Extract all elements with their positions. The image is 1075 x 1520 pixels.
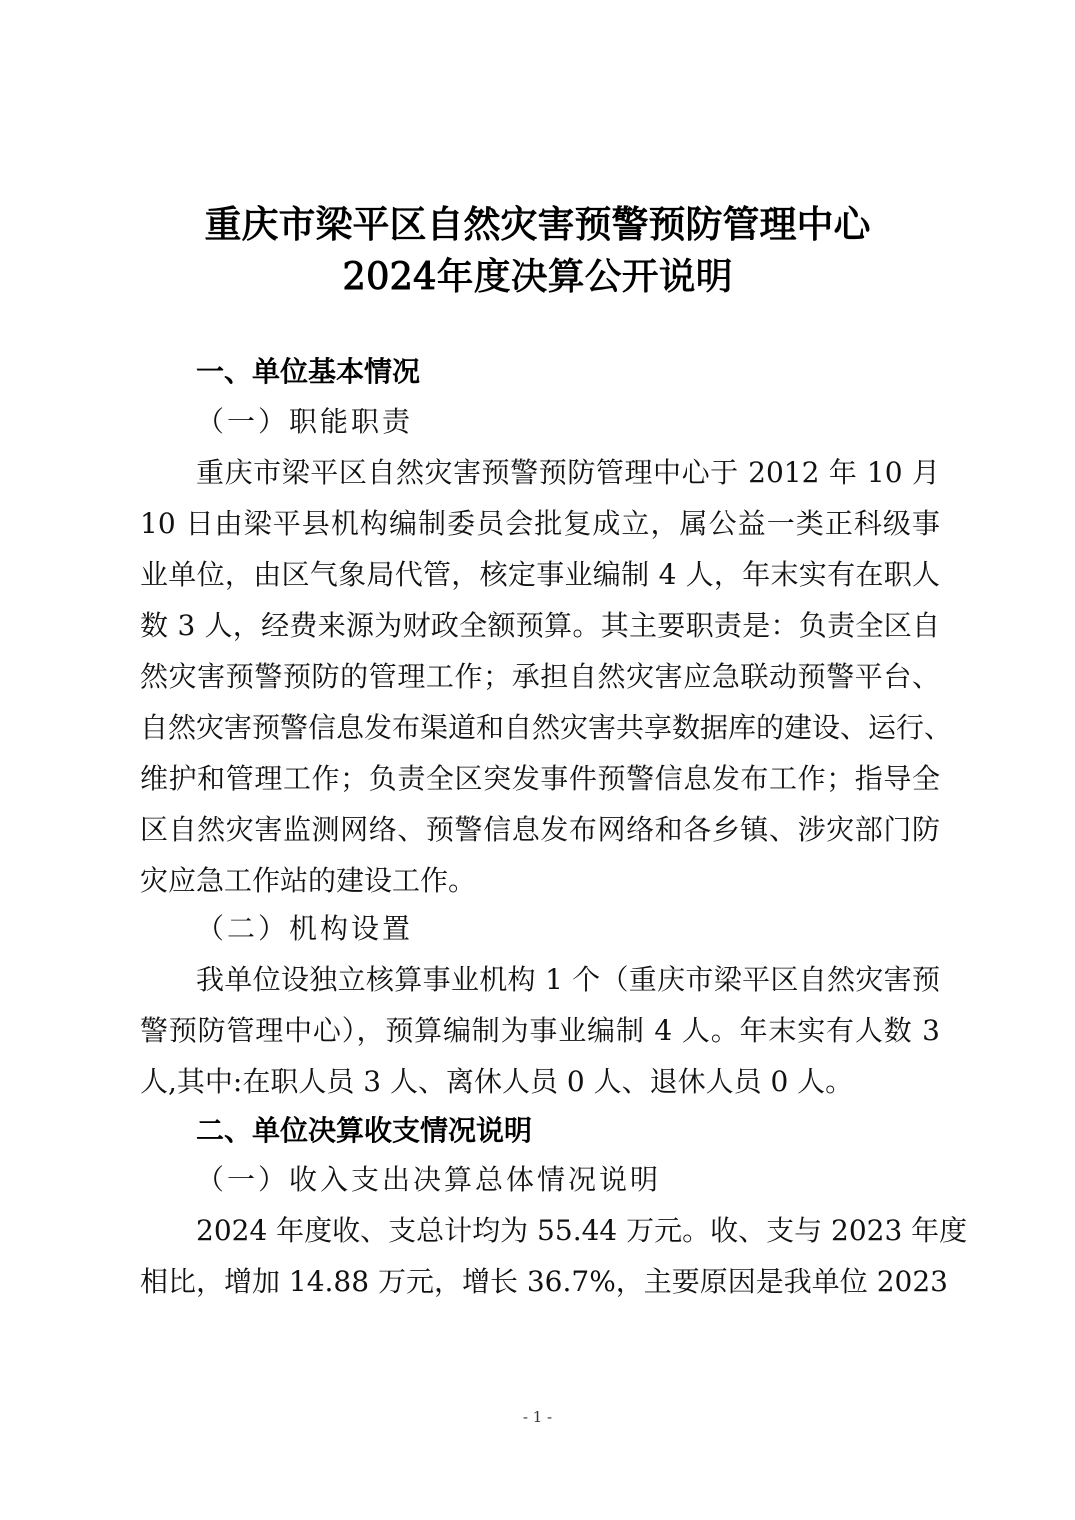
page-number: - 1 - <box>0 1408 1075 1426</box>
paragraph-line: 维护和管理工作；负责全区突发事件预警信息发布工作；指导全 <box>140 762 940 796</box>
document-title-line1: 重庆市梁平区自然灾害预警预防管理中心 <box>0 194 1075 248</box>
section2-heading: 二、单位决算收支情况说明 <box>196 1114 532 1148</box>
paragraph-line: 2024 年度收、支总计均为 55.44 万元。收、支与 2023 年度 <box>196 1214 940 1248</box>
paragraph-line: 人,其中:在职人员 3 人、离休人员 0 人、退休人员 0 人。 <box>140 1065 940 1099</box>
section1-sub2-heading: （二）机构设置 <box>196 912 413 946</box>
paragraph-line: 警预防管理中心），预算编制为事业编制 4 人。年末实有人数 3 <box>140 1014 940 1048</box>
paragraph-line: 然灾害预警预防的管理工作；承担自然灾害应急联动预警平台、 <box>140 660 940 694</box>
document-title-line2: 2024年度决算公开说明 <box>0 246 1075 300</box>
section1-sub1-heading: （一）职能职责 <box>196 405 413 439</box>
paragraph-line: 10 日由梁平县机构编制委员会批复成立，属公益一类正科级事 <box>140 507 940 541</box>
paragraph-line: 灾应急工作站的建设工作。 <box>140 864 940 898</box>
section1-heading: 一、单位基本情况 <box>196 355 420 389</box>
paragraph-line: 区自然灾害监测网络、预警信息发布网络和各乡镇、涉灾部门防 <box>140 813 940 847</box>
paragraph-line: 我单位设独立核算事业机构 1 个（重庆市梁平区自然灾害预 <box>196 963 940 997</box>
section2-sub1-heading: （一）收入支出决算总体情况说明 <box>196 1163 661 1197</box>
paragraph-line: 自然灾害预警信息发布渠道和自然灾害共享数据库的建设、运行、 <box>140 711 952 745</box>
paragraph-line: 业单位，由区气象局代管，核定事业编制 4 人，年末实有在职人 <box>140 558 940 592</box>
paragraph-line: 数 3 人，经费来源为财政全额预算。其主要职责是：负责全区自 <box>140 609 940 643</box>
paragraph-line: 相比，增加 14.88 万元，增长 36.7%，主要原因是我单位 2023 <box>140 1265 940 1299</box>
paragraph-line: 重庆市梁平区自然灾害预警预防管理中心于 2012 年 10 月 <box>196 456 940 490</box>
